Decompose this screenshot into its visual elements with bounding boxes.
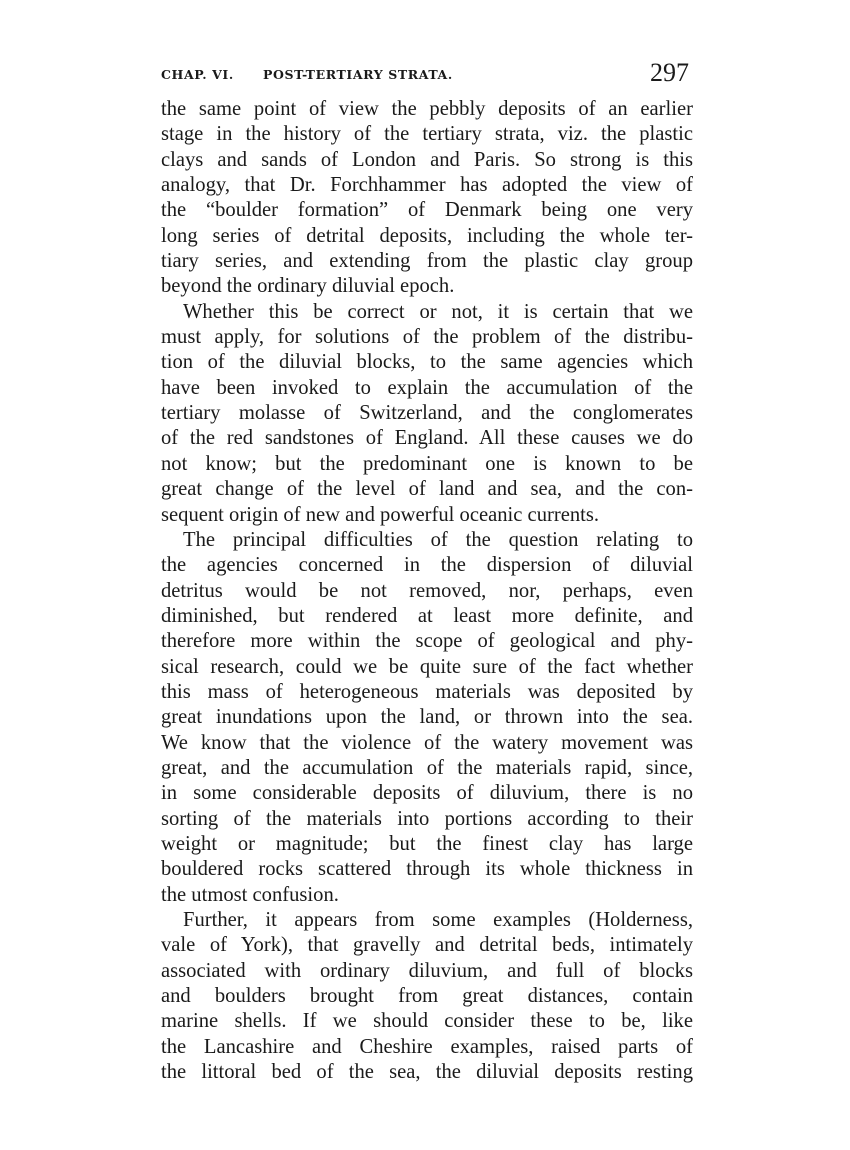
text-line: must apply, for solutions of the problem… (161, 325, 693, 350)
text-line: analogy, that Dr. Forchhammer has adopte… (161, 173, 693, 198)
chapter-label: CHAP. VI. (161, 67, 234, 82)
text-line: the utmost confusion. (161, 883, 693, 908)
text-line: stage in the history of the tertiary str… (161, 122, 693, 147)
paragraph: Whether this be correct or not, it is ce… (161, 300, 693, 528)
text-line: the Lancashire and Cheshire examples, ra… (161, 1035, 693, 1060)
text-line: sequent origin of new and powerful ocean… (161, 503, 693, 528)
text-line: bouldered rocks scattered through its wh… (161, 857, 693, 882)
text-line: marine shells. If we should consider the… (161, 1009, 693, 1034)
text-line: tertiary molasse of Switzerland, and the… (161, 401, 693, 426)
text-line: vale of York), that gravelly and detrita… (161, 933, 693, 958)
text-line: great inundations upon the land, or thro… (161, 705, 693, 730)
text-line: Whether this be correct or not, it is ce… (161, 300, 693, 325)
text-line: We know that the violence of the watery … (161, 731, 693, 756)
text-line: great, and the accumulation of the mater… (161, 756, 693, 781)
paragraph: The principal difficulties of the questi… (161, 528, 693, 908)
text-line: Further, it appears from some examples (… (161, 908, 693, 933)
text-line: great change of the level of land and se… (161, 477, 693, 502)
text-line: this mass of heterogeneous materials was… (161, 680, 693, 705)
page-number: 297 (650, 58, 689, 88)
text-line: of the red sandstones of England. All th… (161, 426, 693, 451)
text-line: the same point of view the pebbly deposi… (161, 97, 693, 122)
text-line: clays and sands of London and Paris. So … (161, 148, 693, 173)
text-line: and boulders brought from great distance… (161, 984, 693, 1009)
text-line: long series of detrital deposits, includ… (161, 224, 693, 249)
text-line: detritus would be not removed, nor, perh… (161, 579, 693, 604)
book-page: CHAP. VI. POST-TERTIARY STRATA. 297 the … (161, 58, 693, 1085)
text-line: associated with ordinary diluvium, and f… (161, 959, 693, 984)
text-line: not know; but the predominant one is kno… (161, 452, 693, 477)
paragraph: the same point of view the pebbly deposi… (161, 97, 693, 300)
text-line: beyond the ordinary diluvial epoch. (161, 274, 693, 299)
text-line: tiary series, and extending from the pla… (161, 249, 693, 274)
text-line: the agencies concerned in the dispersion… (161, 553, 693, 578)
text-line: weight or magnitude; but the finest clay… (161, 832, 693, 857)
body-text: the same point of view the pebbly deposi… (161, 97, 693, 1085)
text-line: tion of the diluvial blocks, to the same… (161, 350, 693, 375)
text-line: the littoral bed of the sea, the diluvia… (161, 1060, 693, 1085)
paragraph: Further, it appears from some examples (… (161, 908, 693, 1085)
text-line: in some considerable deposits of diluviu… (161, 781, 693, 806)
text-line: sical research, could we be quite sure o… (161, 655, 693, 680)
text-line: diminished, but rendered at least more d… (161, 604, 693, 629)
text-line: the “boulder formation” of Denmark being… (161, 198, 693, 223)
text-line: sorting of the materials into portions a… (161, 807, 693, 832)
text-line: The principal difficulties of the questi… (161, 528, 693, 553)
text-line: therefore more within the scope of geolo… (161, 629, 693, 654)
running-head: CHAP. VI. POST-TERTIARY STRATA. 297 (161, 58, 693, 88)
text-line: have been invoked to explain the accumul… (161, 376, 693, 401)
running-title: POST-TERTIARY STRATA. (263, 67, 453, 82)
